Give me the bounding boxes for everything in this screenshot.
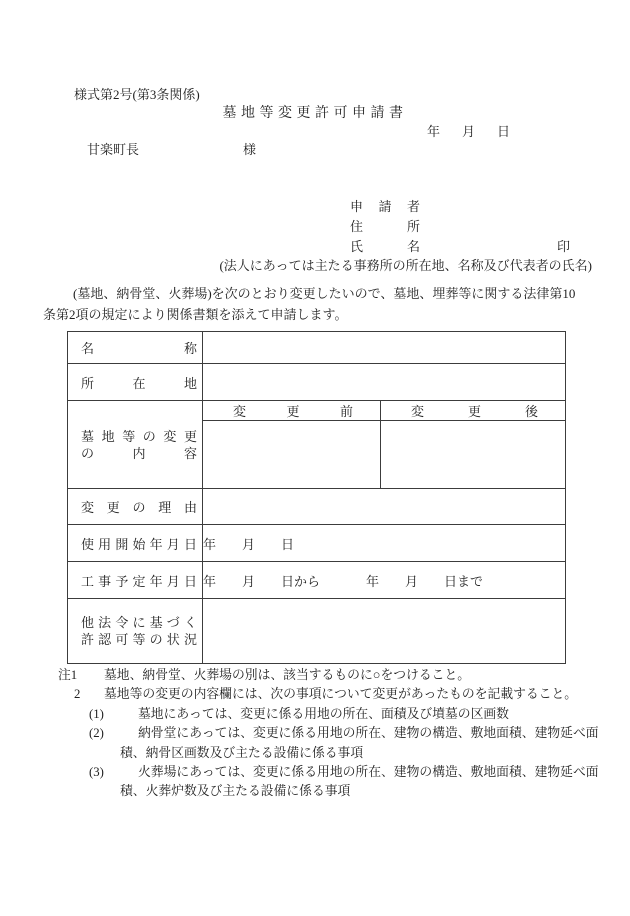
field-reason-label-cell: 変更の理由 [68,489,203,525]
construction-from: 年 月 日から [203,574,320,589]
note-marker: 2 [74,685,104,704]
note-text: 積、火葬炉数及び主たる設備に係る事項 [120,782,350,801]
address-row: 住所 [350,216,420,236]
note-text: 積、納骨区画数及び主たる設備に係る事項 [120,744,363,763]
applicant-label: 申請者 [350,196,420,215]
note-text: 墓地等の変更の内容欄には、次の事項について変更があったものを記載すること。 [104,685,577,704]
address-label: 住所 [350,216,420,235]
before-change-value-cell [203,421,381,489]
document-title: 墓地等変更許可申請書 [0,102,630,122]
date-line: 年 月 日 [427,121,510,140]
field-location-value-cell [203,364,566,401]
note-line: (3) 火葬場にあっては、変更に係る用地の所在、建物の構造、敷地面積、建物延べ面 [89,763,630,782]
note-text: 火葬場にあっては、変更に係る用地の所在、建物の構造、敷地面積、建物延べ面 [138,763,599,782]
applicant-block: 申請者 住所 氏名 印 [350,196,420,256]
addressee-honorific: 様 [243,139,256,158]
note-marker: (1) [89,705,138,724]
application-form-table: 名称 所在地 墓地等の変更 の内容 変更前 変更後 [67,331,566,664]
document-page: 様式第2号(第3条関係) 墓地等変更許可申請書 年 月 日 甘楽町長 様 申請者… [0,0,630,916]
field-construction-label: 工事予定年月日 [81,571,197,590]
note-text: 墓地にあっては、変更に係る用地の所在、面積及び墳墓の区画数 [138,705,509,724]
note-marker: (2) [89,724,138,743]
field-other-laws-label-cell: 他法令に基づく 許認可等の状況 [68,599,203,664]
note-line: (1) 墓地にあっては、変更に係る用地の所在、面積及び墳墓の区画数 [89,705,630,724]
seal-mark: 印 [557,236,570,255]
notes-section: 注1 墓地、納骨堂、火葬場の別は、該当するものに○をつけること。 2 墓地等の変… [0,666,630,802]
note-line: 注1 墓地、納骨堂、火葬場の別は、該当するものに○をつけること。 [58,666,630,685]
addressee-name: 甘楽町長 [87,139,139,158]
after-change-header-cell: 変更後 [381,401,566,421]
note-text: 墓地、納骨堂、火葬場の別は、該当するものに○をつけること。 [104,666,470,685]
field-other-laws-value-cell [203,599,566,664]
note-marker: (3) [89,763,138,782]
field-construction-label-cell: 工事予定年月日 [68,562,203,599]
field-location-label: 所在地 [81,373,197,392]
field-other-laws-label-line2: 許認可等の状況 [81,631,197,648]
statement-line-2: 条第2項の規定により関係書類を添えて申請します。 [43,305,599,326]
field-name-label: 名称 [81,338,197,357]
note-continuation-line: 積、火葬炉数及び主たる設備に係る事項 [120,782,630,801]
field-construction-value-cell: 年 月 日から年 月 日まで [203,562,566,599]
field-reason-label: 変更の理由 [81,497,197,516]
date-month-label: 月 [462,121,475,140]
after-change-header: 変更後 [381,401,565,420]
note-marker: 注1 [58,666,104,685]
before-change-header: 変更前 [203,401,380,420]
before-change-header-cell: 変更前 [203,401,381,421]
field-name-value-cell [203,332,566,364]
field-other-laws-label-line1: 他法令に基づく [81,614,197,631]
corporate-note: (法人にあっては主たる事務所の所在地、名称及び代表者の氏名) [219,255,592,274]
field-location-label-cell: 所在地 [68,364,203,401]
field-name-label-cell: 名称 [68,332,203,364]
field-change-label-cell: 墓地等の変更 の内容 [68,401,203,489]
note-continuation-line: 積、納骨区画数及び主たる設備に係る事項 [120,744,630,763]
field-change-label-line2: の内容 [81,445,197,462]
note-text: 納骨堂にあっては、変更に係る用地の所在、建物の構造、敷地面積、建物延べ面 [138,724,599,743]
field-start-date-label-cell: 使用開始年月日 [68,525,203,562]
field-start-date-value-cell: 年 月 日 [203,525,566,562]
statement-line-1: (墓地、納骨堂、火葬場)を次のとおり変更したいので、墓地、埋葬等に関する法律第1… [43,284,599,305]
construction-to: 年 月 日まで [366,574,483,589]
after-change-value-cell [381,421,566,489]
name-label: 氏名 [350,236,420,255]
name-row: 氏名 印 [350,236,420,256]
date-day-label: 日 [497,121,510,140]
addressee-line: 甘楽町長 様 [87,139,256,158]
note-line: 2 墓地等の変更の内容欄には、次の事項について変更があったものを記載すること。 [74,685,630,704]
field-change-label-line1: 墓地等の変更 [81,428,197,445]
field-start-date-label: 使用開始年月日 [81,534,197,553]
form-number: 様式第2号(第3条関係) [74,84,200,103]
applicant-row: 申請者 [350,196,420,216]
note-line: (2) 納骨堂にあっては、変更に係る用地の所在、建物の構造、敷地面積、建物延べ面 [89,724,630,743]
application-statement: (墓地、納骨堂、火葬場)を次のとおり変更したいので、墓地、埋葬等に関する法律第1… [43,284,599,325]
field-reason-value-cell [203,489,566,525]
date-year-label: 年 [427,121,440,140]
